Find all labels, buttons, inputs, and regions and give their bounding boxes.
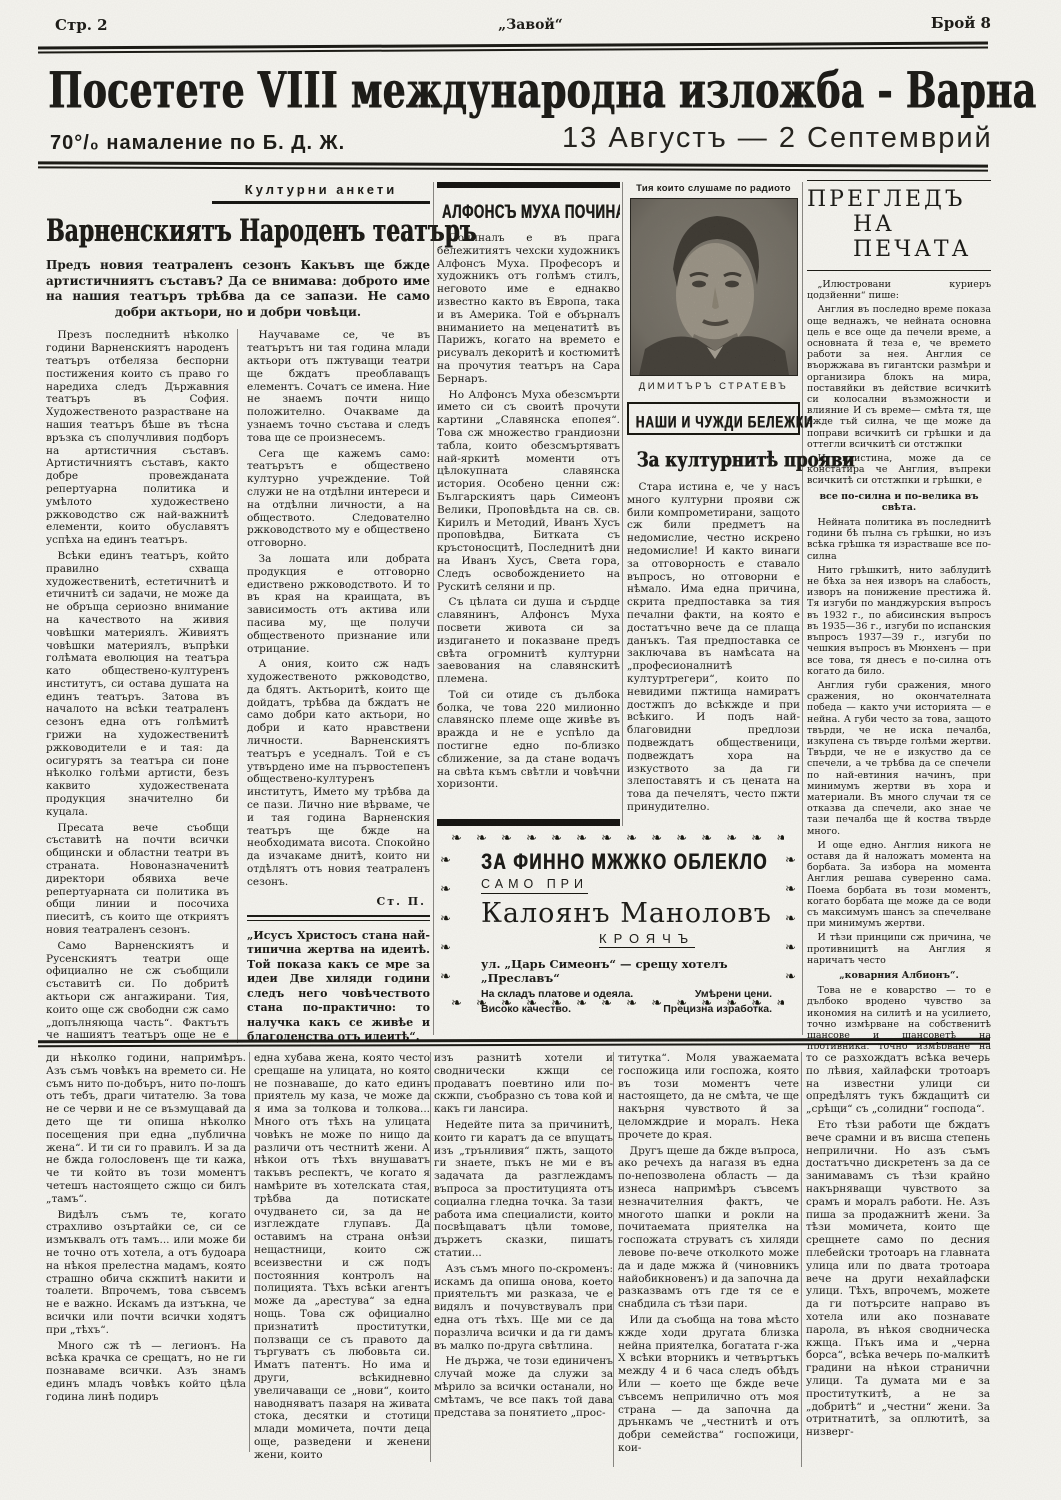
mucha-article: АЛФОНСЪ МУХА ПОЧИНА Починалъ е въ прага … bbox=[437, 182, 620, 818]
feuilleton-column-4: титутка“. Моля уважаемата госпожица или … bbox=[618, 1052, 799, 1494]
article-kicker: Културни анкети bbox=[212, 182, 430, 204]
masthead: „Завой“ bbox=[0, 17, 1061, 33]
radio-column: Тия които слушаме по радиото bbox=[627, 183, 800, 815]
newspaper-page: Стр. 2 „Завой“ Брой 8 Посетете VIII межд… bbox=[0, 0, 1061, 1500]
divider-rule bbox=[247, 915, 430, 921]
ornament-border-right: ❧ ❧ ❧ ❧ ❧ ❧ ❧ ❧ ❧ bbox=[782, 845, 798, 998]
ad-row-2: Високо качество.Прецизна изработка. bbox=[481, 1003, 772, 1015]
ad-address: ул. „Царь Симеонъ“ — срещу хотелъ „Пресл… bbox=[481, 957, 772, 985]
mucha-article-title: АЛФОНСЪ МУХА ПОЧИНА bbox=[437, 198, 620, 220]
feuilleton-column-1: ди нѣколко години, напримѣръ. Азъ съмъ ч… bbox=[46, 1052, 246, 1494]
banner-dates: 13 Августъ — 2 Септемврий bbox=[562, 122, 993, 155]
quote-text: „Исусъ Христосъ стана най-типична жертва… bbox=[247, 929, 430, 1044]
theatre-article-column-a: Презъ последнитѣ нѣколко години Варненск… bbox=[46, 329, 237, 1043]
column-rule bbox=[622, 182, 623, 826]
ornament-border-left: ❧ ❧ ❧ ❧ ❧ ❧ ❧ ❧ ❧ bbox=[437, 845, 453, 998]
header-rule bbox=[38, 42, 988, 54]
tailor-advertisement: ❧ ❧ ❧ ❧ ❧ ❧ ❧ ❧ ❧ ❧ ❧ ❧ ❧ ❧ ❧ ❧ ❧ ❧ ❧ ❧ … bbox=[437, 831, 798, 1012]
photo-top-caption: Тия които слушаме по радиото bbox=[627, 183, 800, 194]
ad-row-1: На складъ платове и одеяла.Умѣрени цени. bbox=[481, 988, 772, 1000]
ad-subline: САМО ПРИ bbox=[481, 877, 588, 894]
feuilleton-column-3: изъ разнитѣ хотели и своднически кжщи се… bbox=[434, 1052, 613, 1494]
theatre-article: Културни анкети Варненскиятъ Народенъ те… bbox=[46, 182, 430, 1043]
press-review: ПРЕГЛЕДЪ НА ПЕЧАТА „Илюстровани куриеръ … bbox=[807, 180, 991, 1049]
column-rule bbox=[249, 1052, 250, 1452]
portrait-photo bbox=[630, 198, 798, 376]
ad-tailor-role: КРОЯЧЪ bbox=[599, 931, 695, 948]
article-signature: Ст. П. bbox=[247, 895, 426, 908]
ornament-border-top: ❧ ❧ ❧ ❧ ❧ ❧ ❧ ❧ ❧ ❧ ❧ ❧ ❧ ❧ ❧ ❧ ❧ ❧ ❧ ❧ … bbox=[451, 831, 784, 847]
column-rule bbox=[801, 1052, 802, 1467]
column-rule bbox=[433, 182, 434, 1035]
feuilleton-column-2: една хубава жена, която често срещаше на… bbox=[254, 1052, 430, 1494]
press-emphasis-2: „коварния Албионъ“. bbox=[807, 970, 991, 981]
column-rule bbox=[613, 1052, 614, 1467]
press-review-title: ПРЕГЛЕДЪ НА ПЕЧАТА bbox=[807, 180, 991, 271]
banner-discount: 70°/₀ намаление по Б. Д. Ж. bbox=[50, 132, 345, 155]
theatre-article-title: Варненскиятъ Народенъ театъръ bbox=[46, 214, 430, 250]
heavy-rule bbox=[437, 182, 620, 188]
issue-label: Брой 8 bbox=[931, 14, 991, 32]
ad-headline: ЗА ФИННО МЖЖКО ОБЛЕКЛО bbox=[481, 849, 772, 873]
column-rule bbox=[802, 182, 803, 1035]
theatre-article-column-b: Научаваме се, че въ театърътъ ни тая год… bbox=[237, 329, 430, 1043]
column-rule bbox=[430, 1052, 431, 1462]
banner-rule bbox=[38, 161, 988, 171]
notes-article-body: Стара истина е, че у насъ много културни… bbox=[627, 481, 800, 815]
feuilleton-column-5: то се разхождатъ всѣка вечерь по лѣвия, … bbox=[806, 1052, 990, 1494]
photo-name-caption: ДИМИТЪРЪ СТРАТЕВЪ bbox=[627, 381, 800, 392]
press-emphasis-1: все по-силна и по-велика въ свѣта. bbox=[807, 491, 991, 513]
heavy-rule bbox=[437, 819, 620, 826]
ad-tailor-name: Калоянъ Маноловъ bbox=[481, 898, 772, 929]
banner-headline: Посетете VIII международна изложба - Вар… bbox=[48, 60, 1010, 122]
press-review-body: „Илюстровани куриеръ цодзйенни“ пише:Анг… bbox=[807, 279, 991, 1049]
theatre-article-lead: Предъ новия театраленъ сезонъ Какъвъ ще … bbox=[46, 258, 430, 320]
notes-box-title: НАШИ И ЧУЖДИ БЕЛЕЖКИ bbox=[627, 402, 800, 435]
notes-article-title: За културнитѣ прояви bbox=[627, 448, 800, 472]
portrait-photo-art bbox=[631, 199, 797, 375]
